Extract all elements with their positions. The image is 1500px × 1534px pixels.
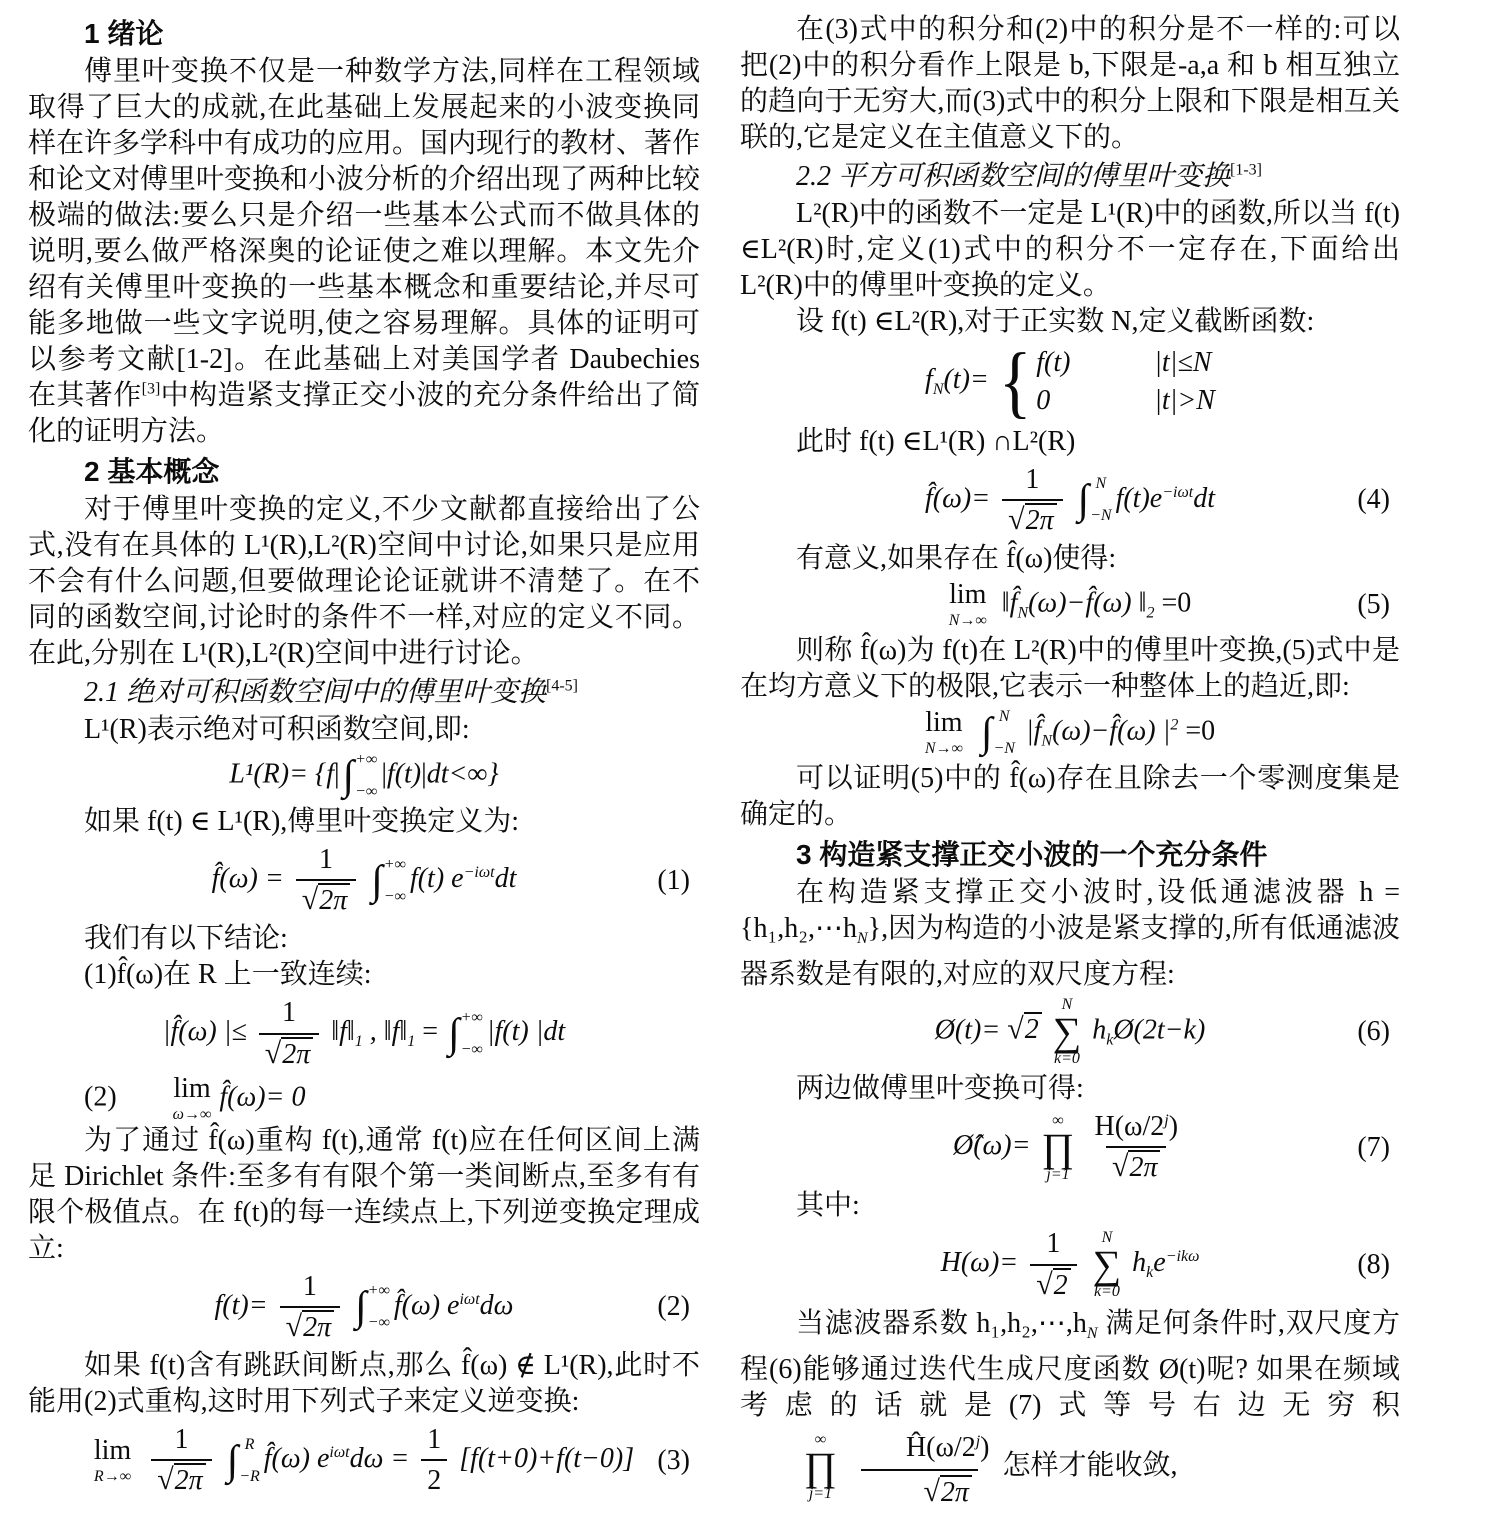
norm-term: ‖f‖	[331, 1016, 355, 1047]
differential: dω	[480, 1290, 514, 1321]
integrand: f(t)e	[1116, 483, 1163, 514]
existence-paragraph: 可以证明(5)中的 f̂(ω)存在且除去一个零测度集是确定的。	[740, 761, 1400, 833]
integral-limits: R−R	[239, 1437, 260, 1485]
equation-bound: |f̂(ω) |≤ 1√2π ‖f‖1 , ‖f‖1 = ∫+∞−∞|f(t) …	[28, 997, 700, 1070]
exponent: iωt	[459, 1291, 479, 1308]
fraction: 1√2π	[296, 844, 357, 917]
right-column: 在(3)式中的积分和(2)中的积分是不一样的:可以把(2)中的积分看作上限是 b…	[740, 12, 1400, 1511]
limit-operator: limN→∞	[925, 709, 963, 757]
fraction: H(ω/2j)√2π	[1090, 1111, 1182, 1184]
denominator: √2π	[861, 1469, 978, 1511]
integrand: |f(t) |dt	[487, 1016, 565, 1047]
rhs: [f(t+0)+f(t−0)]	[459, 1443, 634, 1474]
integral-limits: +∞−∞	[355, 752, 377, 800]
conclusion-2: (2)limω→∞f̂(ω)= 0	[28, 1075, 700, 1123]
section-2-paragraph: 对于傅里叶变换的定义,不少文献都直接给出了公式,没有在具体的 L¹(R),L²(…	[28, 492, 700, 672]
exponent: −iωt	[1162, 484, 1193, 501]
left-brace: {	[999, 348, 1032, 416]
upper-limit: N	[1090, 476, 1111, 492]
fraction: 1√2π	[280, 1271, 341, 1344]
integral-sign: ∫	[981, 710, 993, 756]
citation-1-3: [1-3]	[1230, 162, 1262, 179]
integral-sign: ∫	[343, 753, 355, 799]
integral-comparison-paragraph: 在(3)式中的积分和(2)中的积分是不一样的:可以把(2)中的积分看作上限是 b…	[740, 12, 1400, 156]
limit-expr: f̂(ω)= 0	[219, 1081, 305, 1112]
integral-sign: ∫	[227, 1438, 239, 1484]
inline-product: ∞∏j=1Ĥ(ω/2j)√2π	[744, 1424, 998, 1511]
denominator: √2π	[280, 1306, 341, 1344]
upper-limit: +∞	[355, 752, 377, 768]
equation-3: limR→∞ 1√2π ∫R−Rf̂(ω) eiωtdω = 12 [f(t+0…	[28, 1424, 700, 1497]
fourier-both-sides: 两边做傅里叶变换可得:	[740, 1071, 1400, 1107]
equation-2: f(t)= 1√2π ∫+∞−∞f̂(ω) eiωtdω (2)	[28, 1271, 700, 1344]
integral-limits: N−N	[993, 709, 1014, 757]
cases-construct: {f(t)|t|≤N0|t|>N	[996, 344, 1215, 420]
equation-number: (2)	[657, 1291, 690, 1323]
integral-sign: ∫	[448, 1011, 460, 1057]
section-2-2-heading: 2.2 平方可积函数空间的傅里叶变换[1-3]	[740, 159, 1400, 195]
equation-6: Ø(t)= √2 N∑k=0 hkØ(2t−k) (6)	[740, 997, 1400, 1067]
upper-limit: N	[993, 709, 1014, 725]
abs-open: |f̂	[1026, 715, 1041, 746]
section-1-paragraph: 傅里叶变换不仅是一种数学方法,同样在工程领域取得了巨大的成就,在此基础上发展起来…	[28, 54, 700, 450]
equation-number: (5)	[1357, 589, 1390, 621]
radical-sign: √	[1007, 1012, 1023, 1045]
limit-operator: limω→∞	[117, 1075, 212, 1123]
fraction: Ĥ(ω/2j)√2π	[846, 1424, 994, 1511]
radical-sign: √	[1008, 503, 1024, 536]
equation-number: (8)	[1357, 1249, 1390, 1281]
radical-sign: √	[157, 1463, 173, 1496]
f-sub: N	[1017, 604, 1028, 621]
lhs: Ø̂(ω)=	[953, 1130, 1031, 1161]
integral-limits: +∞−∞	[368, 1283, 390, 1331]
l2-space-paragraph: L²(R)中的函数不一定是 L¹(R)中的函数,所以当 f(t) ∈L²(R)时…	[740, 196, 1400, 304]
lhs: f(t)=	[215, 1290, 268, 1321]
differential: dω =	[350, 1443, 410, 1474]
divider-bar: |	[334, 758, 340, 789]
lhs: |f̂(ω) |≤	[163, 1016, 247, 1047]
lhs: f̂(ω) =	[212, 863, 284, 894]
equals-zero: =0	[1178, 715, 1215, 746]
exponent: −iωt	[464, 864, 495, 881]
section-2-1-title: 2.1 绝对可积函数空间中的傅里叶变换	[84, 677, 546, 708]
h-sub-N: N	[1087, 1325, 1098, 1342]
convergence-paragraph: 当滤波器系数 h₁,h₂,⋯,hN 满足何条件时,双尺度方程(6)能够通过迭代生…	[740, 1306, 1400, 1511]
lower-limit: −R	[239, 1469, 260, 1485]
equals: =	[415, 1016, 438, 1047]
dirichlet-paragraph: 为了通过 f̂(ω)重构 f(t),通常 f(t)应在任何区间上满足 Diric…	[28, 1123, 700, 1267]
lhs: f̂(ω)=	[925, 483, 990, 514]
radical-sign: √	[923, 1475, 939, 1508]
meaningful-if-paragraph: 有意义,如果存在 f̂(ω)使得:	[740, 541, 1400, 577]
numerator: 1	[1021, 464, 1043, 499]
upper-limit: +∞	[384, 857, 406, 873]
section-2-heading: 2 基本概念	[28, 454, 700, 490]
lhs-tail: (t)=	[943, 364, 988, 395]
denominator: √2π	[151, 1459, 212, 1497]
truncation-intro: 设 f(t) ∈L²(R),对于正实数 N,定义截断函数:	[740, 304, 1400, 340]
item-label: (2)	[84, 1081, 117, 1112]
where-label: 其中:	[740, 1188, 1400, 1224]
lhs-sub: N	[933, 381, 944, 398]
lhs: H(ω)=	[941, 1247, 1019, 1278]
section-1-heading: 1 绪论	[28, 16, 700, 52]
radical-sign: √	[286, 1310, 302, 1343]
exp-base: e	[1153, 1247, 1165, 1278]
coefficient: h	[1132, 1247, 1146, 1278]
intro-text: 傅里叶变换不仅是一种数学方法,同样在工程领域取得了巨大的成就,在此基础上发展起来…	[28, 56, 700, 411]
numerator: 1	[1042, 1228, 1064, 1263]
equation-8: H(ω)= 1√2 N∑k=0 hke−ikω (8)	[740, 1228, 1400, 1301]
equation-truncation: fN(t)= {f(t)|t|≤N0|t|>N	[740, 344, 1400, 420]
numerator: 1	[170, 1424, 192, 1459]
equation-number: (7)	[1357, 1132, 1390, 1164]
lhs: f	[925, 364, 933, 395]
ft-definition-intro: 如果 f(t) ∈ L¹(R),傅里叶变换定义为:	[28, 804, 700, 840]
equation-5: limN→∞ ‖f̂N(ω)−f̂(ω) ‖2 =0 (5)	[740, 581, 1400, 629]
fraction: 1√2π	[259, 997, 320, 1070]
equation-l1-definition: L¹(R)= {f|∫+∞−∞|f(t)|dt<∞}	[28, 752, 700, 800]
filter-paragraph: 在构造紧支撑正交小波时,设低通滤波器 h = {h₁,h₂,⋯hN},因为构造的…	[740, 875, 1400, 993]
conclusion-1: (1)f̂(ω)在 R 上一致连续:	[28, 957, 700, 993]
integral-limits: +∞−∞	[384, 857, 406, 905]
citation-3: [3]	[142, 381, 161, 398]
left-column: 1 绪论 傅里叶变换不仅是一种数学方法,同样在工程领域取得了巨大的成就,在此基础…	[28, 12, 700, 1511]
differential: dt	[495, 863, 517, 894]
integral-limits: +∞−∞	[461, 1010, 483, 1058]
summation: N∑k=0	[1093, 1230, 1122, 1300]
summation: N∑k=0	[1053, 997, 1082, 1067]
integral-limits: N−N	[1090, 476, 1111, 524]
norm-body: (ω)−f̂(ω) ‖	[1028, 587, 1146, 618]
limit-operator: limN→∞	[949, 581, 987, 629]
equation-number: (3)	[657, 1445, 690, 1477]
integrand: f(t)	[387, 758, 421, 789]
integral-sign: ∫	[355, 1284, 367, 1330]
numerator: Ĥ(ω/2j)	[846, 1424, 994, 1469]
denominator: √2π	[1002, 499, 1063, 537]
integrand: f(t) e	[410, 863, 464, 894]
fraction-half: 12	[421, 1424, 447, 1497]
paper-page: 1 绪论 傅里叶变换不仅是一种数学方法,同样在工程领域取得了巨大的成就,在此基础…	[0, 0, 1500, 1511]
upper-limit: R	[239, 1437, 260, 1453]
radicand: 2	[1024, 1012, 1042, 1045]
equation-4: f̂(ω)= 1√2π ∫N−Nf(t)e−iωtdt (4)	[740, 464, 1400, 537]
equation-mean-square: limN→∞ ∫N−N |f̂N(ω)−f̂(ω) |2 =0	[740, 709, 1400, 757]
denominator: 2	[421, 1459, 447, 1497]
radical-sign: √	[302, 883, 318, 916]
section-2-1-heading: 2.1 绝对可积函数空间中的傅里叶变换[4-5]	[28, 675, 700, 711]
norm-sub: 1	[355, 1033, 363, 1050]
lower-limit: −∞	[355, 784, 377, 800]
set-lhs: L¹(R)= {f	[229, 758, 334, 789]
citation-4-5: [4-5]	[546, 678, 578, 695]
coefficient: h	[1092, 1014, 1106, 1045]
l1-space-intro: L¹(R)表示绝对可积函数空间,即:	[28, 712, 700, 748]
integrand: f̂(ω) e	[394, 1290, 460, 1321]
upper-limit: +∞	[461, 1010, 483, 1026]
exponent: −ikω	[1166, 1248, 1200, 1265]
denominator: √2	[1030, 1264, 1076, 1302]
convergence-text: 当滤波器系数 h₁,h₂,⋯,h	[796, 1308, 1087, 1339]
lower-limit: −N	[1090, 508, 1111, 524]
numerator: 1	[278, 997, 300, 1032]
section-2-2-title: 2.2 平方可积函数空间的傅里叶变换	[796, 161, 1230, 192]
fraction: 1√2	[1030, 1228, 1076, 1301]
scaling-term: Ø(2t−k)	[1113, 1014, 1205, 1045]
upper-limit: +∞	[368, 1283, 390, 1299]
fraction: 1√2π	[151, 1424, 212, 1497]
equation-7: Ø̂(ω)= ∞∏j=1 H(ω/2j)√2π (7)	[740, 1111, 1400, 1184]
numerator: H(ω/2j)	[1090, 1111, 1182, 1146]
lower-limit: −∞	[368, 1315, 390, 1331]
equals-zero: =0	[1154, 587, 1191, 618]
equation-number: (4)	[1357, 484, 1390, 516]
section-3-heading: 3 构造紧支撑正交小波的一个充分条件	[740, 837, 1400, 873]
set-tail: dt<∞}	[427, 758, 499, 789]
intersection-note: 此时 f(t) ∈L¹(R) ∩L²(R)	[740, 424, 1400, 460]
equation-number: (1)	[657, 865, 690, 897]
lower-limit: −N	[993, 741, 1014, 757]
conclusions-intro: 我们有以下结论:	[28, 921, 700, 957]
radical-sign: √	[265, 1037, 281, 1070]
product: ∞∏j=1	[1042, 1113, 1075, 1183]
lower-limit: −∞	[461, 1042, 483, 1058]
limit-operator: limR→∞	[94, 1437, 131, 1485]
numerator: 1	[423, 1424, 445, 1459]
exponent: iωt	[329, 1444, 349, 1461]
numerator: 1	[315, 844, 337, 879]
radical-sign: √	[1036, 1268, 1052, 1301]
differential: dt	[1193, 483, 1215, 514]
denominator: √2π	[1106, 1146, 1167, 1184]
denominator: √2π	[296, 879, 357, 917]
fraction: 1√2π	[1002, 464, 1063, 537]
jump-discontinuity-paragraph: 如果 f(t)含有跳跃间断点,那么 f̂(ω) ∉ L¹(R),此时不能用(2)…	[28, 1348, 700, 1420]
radical-sign: √	[1112, 1150, 1128, 1183]
lhs: Ø(t)=	[935, 1014, 1001, 1045]
case-row: 0|t|>N	[1036, 382, 1215, 420]
integral-sign: ∫	[371, 858, 383, 904]
product: ∞∏j=1	[748, 1432, 837, 1502]
integral-sign: ∫	[1078, 477, 1090, 523]
norm-term-2: , ‖f‖	[363, 1016, 408, 1047]
norm-open: ‖f̂	[1002, 587, 1018, 618]
denominator: √2π	[259, 1033, 320, 1071]
integrand: f̂(ω) e	[264, 1443, 330, 1474]
h-sub-N: N	[857, 930, 868, 947]
case-row: f(t)|t|≤N	[1036, 344, 1215, 382]
f-sub: N	[1041, 732, 1052, 749]
equation-1: f̂(ω) = 1√2π ∫+∞−∞f(t) e−iωtdt (1)	[28, 844, 700, 917]
abs-body: (ω)−f̂(ω) |	[1052, 715, 1170, 746]
lower-limit: −∞	[384, 889, 406, 905]
equation-number: (6)	[1357, 1016, 1390, 1048]
numerator: 1	[299, 1271, 321, 1306]
convergence-text-end: 怎样才能收敛,	[1002, 1450, 1177, 1481]
mean-square-paragraph: 则称 f̂(ω)为 f(t)在 L²(R)中的傅里叶变换,(5)式中是在均方意义…	[740, 633, 1400, 705]
